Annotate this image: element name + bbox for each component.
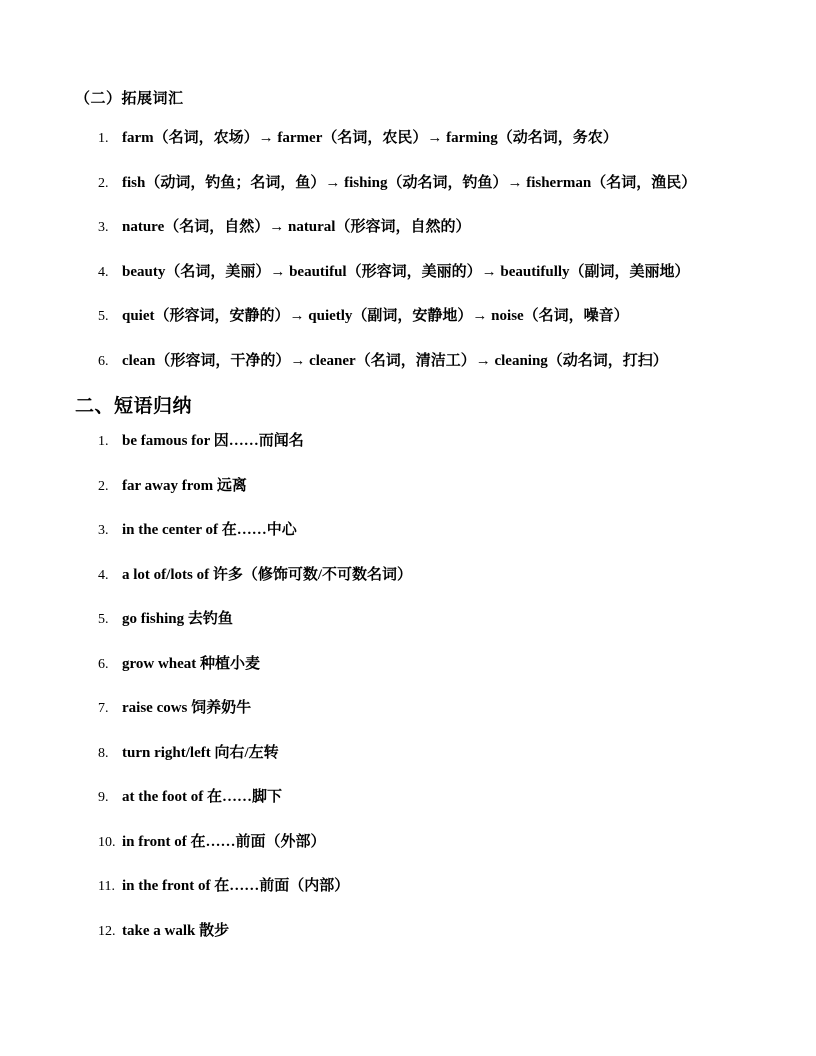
vocab-item: 6.clean（形容词，干净的）→ cleaner（名词，清洁工）→ clean… bbox=[98, 353, 816, 370]
phrase-item: 4.a lot of/lots of 许多（修饰可数/不可数名词） bbox=[98, 567, 816, 584]
item-text: beauty（名词，美丽）→ beautiful（形容词，美丽的）→ beaut… bbox=[122, 264, 690, 280]
vocab-list: 1.farm（名词，农场）→ farmer（名词，农民）→ farming（动名… bbox=[0, 130, 816, 370]
item-text: quiet（形容词，安静的）→ quietly（副词，安静地）→ noise（名… bbox=[122, 308, 629, 324]
item-number: 9. bbox=[98, 789, 122, 806]
vocab-item: 3.nature（名词，自然）→ natural（形容词，自然的） bbox=[98, 219, 816, 236]
item-text: farm（名词，农场）→ farmer（名词，农民）→ farming（动名词，… bbox=[122, 130, 618, 146]
item-number: 3. bbox=[98, 219, 122, 236]
item-text: in the front of 在……前面（内部） bbox=[122, 878, 349, 894]
item-text: grow wheat 种植小麦 bbox=[122, 656, 260, 672]
item-text: go fishing 去钓鱼 bbox=[122, 611, 233, 627]
phrase-item: 10.in front of 在……前面（外部） bbox=[98, 834, 816, 851]
phrase-item: 2.far away from 远离 bbox=[98, 478, 816, 495]
item-number: 10. bbox=[98, 834, 122, 851]
item-text: a lot of/lots of 许多（修饰可数/不可数名词） bbox=[122, 567, 412, 583]
phrase-item: 9.at the foot of 在……脚下 bbox=[98, 789, 816, 806]
item-text: at the foot of 在……脚下 bbox=[122, 789, 282, 805]
phrase-section-heading: 二、短语归纳 bbox=[75, 396, 816, 418]
item-number: 5. bbox=[98, 611, 122, 628]
item-number: 6. bbox=[98, 353, 122, 370]
item-text: fish（动词，钓鱼；名词，鱼）→ fishing（动名词，钓鱼）→ fishe… bbox=[122, 175, 696, 191]
phrase-list: 1.be famous for 因……而闻名 2.far away from 远… bbox=[0, 433, 816, 940]
phrase-item: 6.grow wheat 种植小麦 bbox=[98, 656, 816, 673]
phrase-item: 7.raise cows 饲养奶牛 bbox=[98, 700, 816, 717]
item-number: 7. bbox=[98, 700, 122, 717]
item-number: 2. bbox=[98, 478, 122, 495]
vocab-item: 4.beauty（名词，美丽）→ beautiful（形容词，美丽的）→ bea… bbox=[98, 264, 816, 281]
item-number: 8. bbox=[98, 745, 122, 762]
item-number: 11. bbox=[98, 878, 122, 895]
phrase-item: 12.take a walk 散步 bbox=[98, 923, 816, 940]
item-text: be famous for 因……而闻名 bbox=[122, 433, 304, 449]
item-number: 6. bbox=[98, 656, 122, 673]
item-number: 5. bbox=[98, 308, 122, 325]
item-number: 2. bbox=[98, 175, 122, 192]
phrase-item: 8.turn right/left 向右/左转 bbox=[98, 745, 816, 762]
item-number: 4. bbox=[98, 567, 122, 584]
document-page: （二）拓展词汇 1.farm（名词，农场）→ farmer（名词，农民）→ fa… bbox=[0, 0, 816, 1056]
item-text: turn right/left 向右/左转 bbox=[122, 745, 279, 761]
phrase-item: 3.in the center of 在……中心 bbox=[98, 522, 816, 539]
item-number: 1. bbox=[98, 130, 122, 147]
item-text: clean（形容词，干净的）→ cleaner（名词，清洁工）→ cleanin… bbox=[122, 353, 668, 369]
phrase-item: 1.be famous for 因……而闻名 bbox=[98, 433, 816, 450]
item-text: in the center of 在……中心 bbox=[122, 522, 297, 538]
item-text: far away from 远离 bbox=[122, 478, 247, 494]
item-number: 4. bbox=[98, 264, 122, 281]
vocab-item: 1.farm（名词，农场）→ farmer（名词，农民）→ farming（动名… bbox=[98, 130, 816, 147]
phrase-item: 11.in the front of 在……前面（内部） bbox=[98, 878, 816, 895]
item-text: take a walk 散步 bbox=[122, 923, 229, 939]
vocab-section-heading: （二）拓展词汇 bbox=[75, 89, 816, 109]
phrase-item: 5.go fishing 去钓鱼 bbox=[98, 611, 816, 628]
vocab-item: 2.fish（动词，钓鱼；名词，鱼）→ fishing（动名词，钓鱼）→ fis… bbox=[98, 175, 816, 192]
item-text: nature（名词，自然）→ natural（形容词，自然的） bbox=[122, 219, 470, 235]
item-number: 1. bbox=[98, 433, 122, 450]
item-text: in front of 在……前面（外部） bbox=[122, 834, 325, 850]
vocab-item: 5.quiet（形容词，安静的）→ quietly（副词，安静地）→ noise… bbox=[98, 308, 816, 325]
item-number: 12. bbox=[98, 923, 122, 940]
item-text: raise cows 饲养奶牛 bbox=[122, 700, 251, 716]
item-number: 3. bbox=[98, 522, 122, 539]
